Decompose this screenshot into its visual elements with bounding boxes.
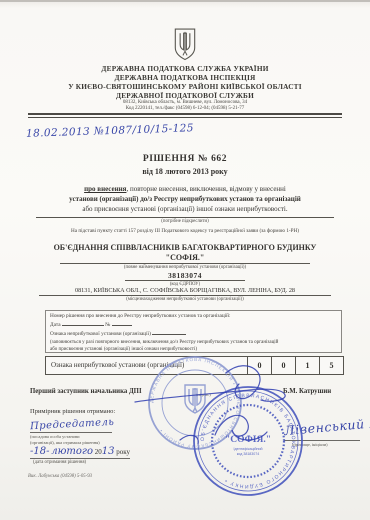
header-line-2: ДЕРЖАВНА ПОДАТКОВА ІНСПЕКЦІЯ: [0, 73, 370, 82]
sofia-stamp-sub-text-1: Ідентифікаційний: [233, 447, 262, 451]
ukraine-trident-emblem: [171, 27, 199, 63]
decision-date: від 18 лютого 2013 року: [0, 167, 370, 176]
recipient-caption-2: (організації), яка отримала рішення): [30, 440, 100, 445]
org-name-line-2: "СОФІЯ.": [0, 253, 370, 262]
prior-box-no-label: №: [105, 322, 110, 328]
prior-box-oznaka-line: Ознака неприбуткової установи (організац…: [50, 330, 337, 339]
blank-underline: [152, 330, 186, 335]
subject-rest: , повторне внесення, виключення, відмову…: [126, 185, 285, 193]
executor-note: Вик. Лабунська (04598) 5-05-93: [28, 474, 92, 479]
handwritten-recipient-role: Председатель: [30, 417, 115, 432]
prior-box-date-label: Дата: [50, 322, 61, 328]
recipient-caption-1: (посадова особа установи: [30, 434, 80, 439]
org-address: 08131, КИЇВСЬКА ОБЛ., С. СОФІЇВСЬКА БОРЩ…: [0, 287, 370, 294]
stamps-overlay: ДЕРЖАВНА ПОДАТКОВА ІНСПЕКЦІЯ • У КИЄВО-С…: [120, 340, 340, 512]
subject-line-2: установи (організації) до/з Реєстру непр…: [0, 195, 370, 203]
org-name-caption: (повне найменування неприбуткової устано…: [60, 263, 310, 270]
handwritten-month: лютого: [51, 446, 93, 457]
subject-line-3: або присвоєння установі (організації) ін…: [0, 205, 370, 213]
scanned-tax-decision-document: ДЕРЖАВНА ПОДАТКОВА СЛУЖБА УКРАЇНИ ДЕРЖАВ…: [0, 0, 370, 520]
subject-emphasis: про внесення: [84, 185, 126, 193]
header-contacts: Код 2220141, тел./факс (04598) 6-12-04; …: [0, 106, 370, 111]
header-line-3: У КИЄВО-СВЯТОШИНСЬКОМУ РАЙОНІ КИЇВСЬКОЇ …: [0, 82, 370, 91]
received-date-caption: (дата отримання рішення): [33, 460, 86, 465]
org-edrpou-caption: (код ЄДРПОУ): [125, 280, 245, 287]
sofia-stamp-sub-text-2: код 38183074: [237, 452, 260, 456]
letterhead-rule-thin: [28, 117, 342, 118]
header-address: 08132, Київська область, м. Вишневе, вул…: [0, 100, 370, 105]
stamp-trident-icon: [185, 385, 205, 413]
handwritten-year: 13: [102, 446, 115, 457]
org-edrpou-code: 38183074: [0, 271, 370, 280]
header-line-1: ДЕРЖАВНА ПОДАТКОВА СЛУЖБА УКРАЇНИ: [0, 64, 370, 73]
blank-underline: [112, 321, 132, 326]
org-name-line-1: ОБ'ЄДНАННЯ СПІВВЛАСНИКІВ БАГАТОКВАРТИРНО…: [0, 243, 370, 252]
underline-note: (потрібне підкреслити): [0, 219, 370, 224]
prior-box-oznaka-label: Ознака неприбуткової установи (організац…: [50, 331, 151, 337]
received-date-underline: [30, 458, 130, 459]
blank-underline: [62, 321, 104, 326]
handwritten-day: -18-: [30, 446, 49, 457]
scan-edge-artifact: [0, 0, 370, 2]
year-prefix: 20: [95, 448, 102, 456]
sofia-org-stamp: ОБ'ЄДНАННЯ СПІВВЛАСНИКІВ БАГАТОКВАРТИРНО…: [194, 387, 302, 495]
recipient-role-underline: [30, 432, 112, 433]
header-line-4: ДЕРЖАВНОЇ ПОДАТКОВОЇ СЛУЖБИ: [0, 91, 370, 100]
prior-box-line-1: Номер рішення про внесення до Реєстру не…: [50, 313, 337, 321]
received-date-line: -18- лютого 2013 року: [30, 446, 130, 457]
prior-box-date-line: Дата №: [50, 321, 337, 330]
letterhead-rule-thick: [28, 113, 342, 115]
org-address-caption: (місцезнаходження неприбуткової установи…: [39, 295, 331, 302]
subject-underline-rule: [36, 217, 334, 218]
legal-basis-note: На підставі пункту статті 157 розділу ІІ…: [0, 228, 370, 234]
decision-title: РІШЕННЯ № 662: [0, 154, 370, 164]
copy-received-label: Примірник рішення отримано:: [30, 408, 115, 415]
handwritten-reference-number: 18.02.2013 №1087/10/15-125: [26, 122, 194, 140]
